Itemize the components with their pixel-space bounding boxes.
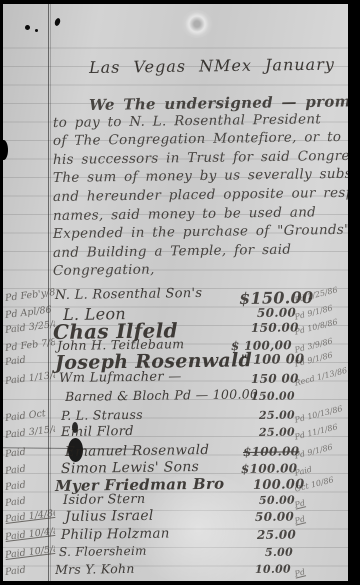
pledge-amount: 25.00: [259, 425, 295, 439]
pledge-amount: 10.00: [255, 562, 291, 576]
pledge-amount: 50.00: [257, 305, 296, 320]
pledge-text-line: The sum of money by us severally subscri…: [53, 166, 348, 187]
pledge-text-line: Congregation,: [53, 262, 155, 279]
stain: [181, 10, 213, 38]
pledge-amount: 25.00: [259, 408, 295, 422]
signer-name: N. L. Rosenthal Son's: [55, 286, 203, 303]
pledge-amount: 5.00: [265, 546, 293, 559]
pledge-amount: 50.00: [255, 509, 294, 524]
dateline: Las Vegas NMex January 1886: [89, 54, 348, 77]
signer-name: Emil Flord: [61, 424, 134, 440]
ink-blot: [35, 29, 38, 32]
payment-note: Pd: [294, 556, 348, 578]
signer-name: S. Floersheim: [59, 544, 147, 559]
signer-name: Emanuel Rosenwald: [65, 442, 209, 460]
pledge-amount: 150.00: [251, 389, 295, 403]
pledge-amount: $100.00: [241, 461, 298, 476]
pledge-text-line: names, said money to be used and: [53, 204, 316, 224]
ink-blot: [54, 17, 61, 26]
signer-name: Julius Israel: [65, 508, 154, 525]
pledge-text-line: and Building a Temple, for said: [53, 241, 291, 260]
pledge-amount: 150 00: [251, 371, 299, 386]
pledge-text-line: Expended in the purchase of "Grounds": [53, 222, 348, 242]
pledge-amount: $100.00: [243, 444, 300, 459]
pledge-text-line: his successors in Trust for said Congreg…: [53, 147, 348, 168]
pledge-amount: 25.00: [257, 527, 296, 542]
pledge-amount: 50.00: [259, 493, 295, 507]
signer-name: Wm Lufmacher —: [59, 369, 182, 386]
pledge-amount: 150.00: [251, 320, 299, 335]
scanned-document: Las Vegas NMex January 1886 We The under…: [0, 0, 360, 585]
signer-name: Philip Holzman: [61, 525, 170, 543]
signer-name: Barned & Bloch Pd — 100.00: [65, 386, 258, 404]
paper: Las Vegas NMex January 1886 We The under…: [3, 4, 348, 581]
pledge-text-line: and hereunder placed opposite our respec…: [53, 184, 348, 205]
pledge-text-line: of The Congregation Montefiore, or to: [53, 129, 341, 149]
signer-name: Mrs Y. Kohn: [55, 561, 135, 577]
payment-note: Recd 1/13/86: [294, 365, 348, 387]
signer-name: Isidor Stern: [63, 492, 146, 508]
signer-name: P. L. Strauss: [61, 407, 143, 423]
edge-notch: [3, 140, 8, 160]
ink-blot: [25, 25, 30, 30]
pledge-text-line: to pay to N. L. Rosenthal President: [53, 111, 321, 131]
